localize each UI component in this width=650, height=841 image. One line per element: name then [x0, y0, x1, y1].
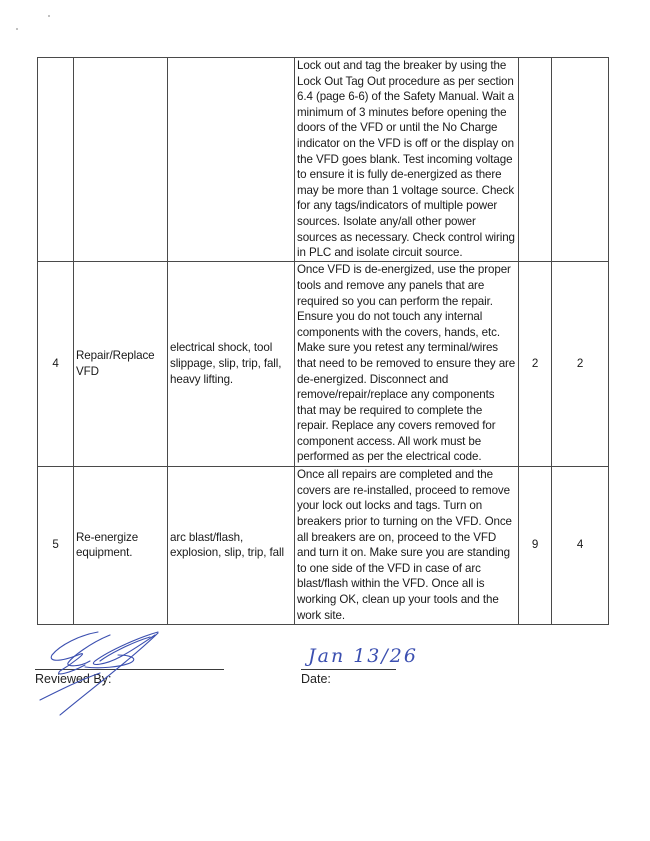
table-row: 5 Re-energize equipment. arc blast/flash…: [38, 466, 609, 624]
table-row: Lock out and tag the breaker by using th…: [38, 58, 609, 262]
step-number-cell: [38, 58, 74, 262]
controls-cell: Once VFD is de-energized, use the proper…: [295, 261, 519, 466]
handwritten-date: Jan 13/26: [308, 645, 418, 667]
table-row: 4 Repair/Replace VFD electrical shock, t…: [38, 261, 609, 466]
date-line: [301, 669, 396, 670]
controls-cell: Once all repairs are completed and the c…: [295, 466, 519, 624]
hazards-cell: [168, 58, 295, 262]
hazards-cell: arc blast/flash, explosion, slip, trip, …: [168, 466, 295, 624]
rating-a-cell: 9: [519, 466, 552, 624]
hazards-cell: electrical shock, tool slippage, slip, t…: [168, 261, 295, 466]
controls-cell: Lock out and tag the breaker by using th…: [295, 58, 519, 262]
scan-speck: [48, 15, 50, 17]
task-cell: Repair/Replace VFD: [74, 261, 168, 466]
signature-scribble: [30, 625, 190, 725]
task-cell: [74, 58, 168, 262]
step-number-cell: 5: [38, 466, 74, 624]
scan-speck: [16, 28, 18, 30]
rating-b-cell: [552, 58, 609, 262]
task-cell: Re-energize equipment.: [74, 466, 168, 624]
rating-b-cell: 2: [552, 261, 609, 466]
step-number-cell: 4: [38, 261, 74, 466]
rating-a-cell: 2: [519, 261, 552, 466]
job-hazard-analysis-table: Lock out and tag the breaker by using th…: [37, 57, 609, 625]
rating-b-cell: 4: [552, 466, 609, 624]
date-label: Date:: [301, 672, 331, 686]
rating-a-cell: [519, 58, 552, 262]
